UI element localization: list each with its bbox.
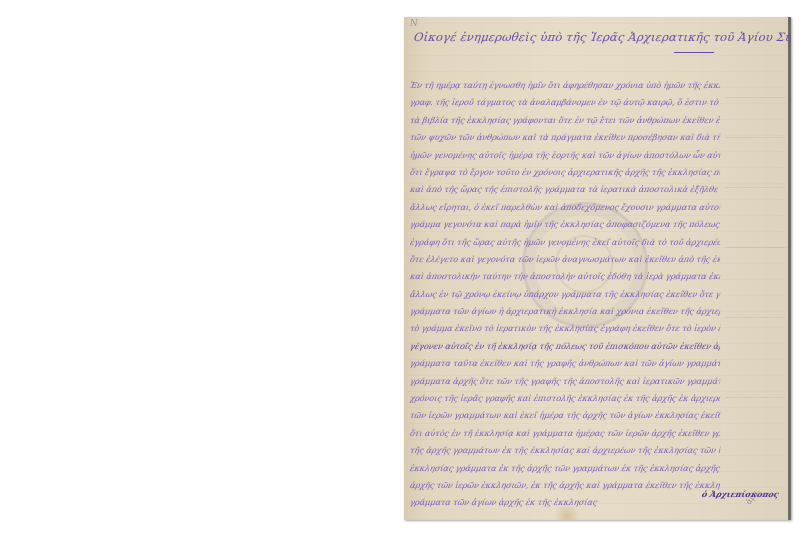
text-line: ὅτι αὐτὸς ἐν τῆ ἐκκλησίᾳ καὶ γράμματα ἡμ… xyxy=(408,425,721,442)
text-line: γράμμα γεγονότα καὶ παρὰ ἡμῖν τῆς ἐκκλησ… xyxy=(408,216,721,233)
bleed-through-line xyxy=(725,397,785,398)
text-line: ἡμῶν γενομένης αὐτοῖς ἡμέρα τῆς ἑορτῆς κ… xyxy=(408,147,721,164)
text-line: Ἐν τῆ ημέρᾳ ταύτῃ ἐγνωσθη ἡμῖν ὅτι ἀφηρέ… xyxy=(408,77,721,94)
text-line: ἀρχῆς τῶν ἱερῶν ἐκκλησιῶν, ἐκ τῆς ἀρχῆς … xyxy=(408,477,721,494)
text-line: ὅτι ἔγραψα τὸ ἔργον τοῦτο ἐν χρόνοις ἀρχ… xyxy=(408,164,721,181)
title-flourish xyxy=(674,52,714,53)
text-line: γραφ. τῆς ἱεροῦ τάγματος τὰ ἀναλαμβάνομε… xyxy=(408,94,721,111)
bleed-through-line xyxy=(725,317,785,318)
text-line: καὶ ἀπὸ τῆς ὥρας τῆς ἐπιστολῆς γράμματα … xyxy=(408,181,721,198)
handwritten-body: Ἐν τῆ ημέρᾳ ταύτῃ ἐγνωσθη ἡμῖν ὅτι ἀφηρέ… xyxy=(410,77,720,512)
bleed-through-line xyxy=(725,247,785,248)
text-line: γράμματα ταῦτα ἐκεῖθεν καὶ τῆς γραφῆς ἀν… xyxy=(408,355,721,372)
text-line: τῶν ψυχῶν τῶν ἀνθρώπων καὶ τὰ πράγματα ἐ… xyxy=(408,129,721,146)
text-line: τῶν ἱερῶν γραμμάτων καὶ ἐκεῖ ἡμέρα τῆς ἀ… xyxy=(408,407,721,424)
text-line: γράμματα ἀρχῆς ὅτε τῶν τῆς γραφῆς τῆς ἀπ… xyxy=(408,373,721,390)
text-line: γράμματα τῶν ἁγίων ἡ ἀρχιερατικὴ ἐκκλησί… xyxy=(408,303,721,320)
text-line: τὰ βιβλία τῆς ἐκκλησίας γράφονται ὅτε ἐν… xyxy=(408,112,721,129)
document-viewer: N Οἰκογέ ἐνημερωθεὶς ὑπὸ τῆς Ἱερᾶς Ἀρχιε… xyxy=(0,0,800,549)
text-line: ἐκκλησίας γράμματα ἐκ τῆς ἀρχῆς τῶν γραμ… xyxy=(408,460,721,477)
text-line: γράμματα τῶν ἁγίων ἀρχῆς ἐκ τῆς ἐκκλησία… xyxy=(408,494,721,511)
text-line: τῆς ἀρχῆς γραμμάτων ἐκ τῆς ἐκκλησίας καὶ… xyxy=(408,442,721,459)
text-line: ἄλλως εἴρηται, ὁ ἐκεῖ παρελθὼν καὶ ἀποδε… xyxy=(408,199,721,216)
bleed-through-line xyxy=(725,97,785,98)
signature: ὁ Ἀρχιεπίσκοπος xyxy=(701,489,780,499)
bleed-through-line xyxy=(725,187,785,188)
page-edge xyxy=(788,17,791,520)
text-line: ἐγράφη ὅτι τῆς ὥρας αὐτῆς ἡμῶν γενομένης… xyxy=(408,234,721,251)
text-line: ἄλλως ἐν τῷ χρόνῳ ἐκείνῳ ὑπάρχον γράμματ… xyxy=(408,286,721,303)
text-line: τὸ γράμμα ἐκεῖνο τὸ ἱερατικὸν τῆς ἐκκλησ… xyxy=(408,320,721,337)
text-line: καὶ ἀποστολικὴν ταύτην τὴν ἀποστολὴν αὐτ… xyxy=(408,268,721,285)
folio-mark: N xyxy=(410,19,418,29)
text-line: ὅτε ἐλέγετο καὶ γεγονότα τῶν ἱερῶν ἀναγν… xyxy=(408,251,721,268)
document-title: Οἰκογέ ἐνημερωθεὶς ὑπὸ τῆς Ἱερᾶς Ἀρχιερα… xyxy=(413,30,785,44)
bleed-through-line xyxy=(725,137,785,138)
text-line: γέγονεν αὐτοῖς ἐν τῆ ἐκκλησίᾳ τῆς πόλεως… xyxy=(408,338,721,355)
manuscript-page: N Οἰκογέ ἐνημερωθεὶς ὑπὸ τῆς Ἱερᾶς Ἀρχιε… xyxy=(404,17,791,520)
text-line: χρόνοις τῆς ἱερᾶς γραφῆς καὶ ἐπιστολῆς ἐ… xyxy=(408,390,721,407)
